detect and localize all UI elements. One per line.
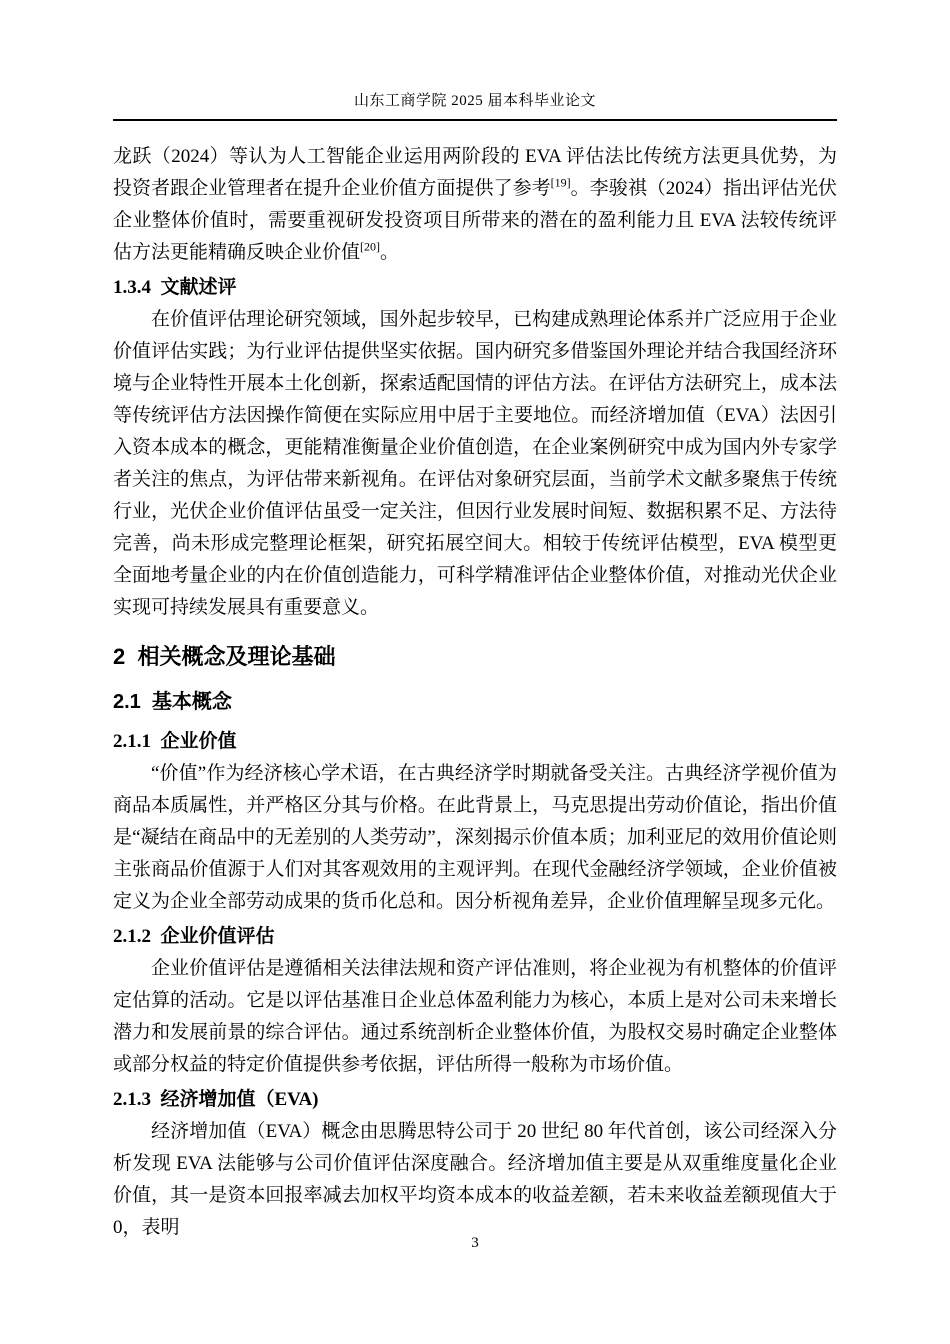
paragraph-text: 。 [380,242,399,263]
header-title: 山东工商学院 2025 届本科毕业论文 [113,92,837,110]
citation-ref-19: [19] [551,176,571,190]
document-body: 龙跃（2024）等认为人工智能企业运用两阶段的 EVA 评估法比传统方法更具优势… [113,141,837,1244]
heading-2-1-2-enterprise-valuation: 2.1.2 企业价值评估 [113,923,837,951]
paragraph-eva: 经济增加值（EVA）概念由思腾思特公司于 20 世纪 80 年代首创，该公司经深… [113,1116,837,1244]
paragraph-literature-intro: 龙跃（2024）等认为人工智能企业运用两阶段的 EVA 评估法比传统方法更具优势… [113,141,837,269]
page-header: 山东工商学院 2025 届本科毕业论文 [113,0,837,110]
heading-2-1-basic-concepts: 2.1 基本概念 [113,688,837,716]
paragraph-enterprise-value: “价值”作为经济核心学术语，在古典经济学时期就备受关注。古典经济学视价值为商品本… [113,758,837,918]
heading-1-3-4-literature-review: 1.3.4 文献述评 [113,274,837,302]
paragraph-enterprise-valuation: 企业价值评估是遵循相关法律法规和资产评估准则，将企业视为有机整体的价值评定估算的… [113,953,837,1081]
page-number: 3 [471,1235,479,1251]
document-page: 山东工商学院 2025 届本科毕业论文 龙跃（2024）等认为人工智能企业运用两… [0,0,950,1344]
paragraph-literature-review: 在价值评估理论研究领域，国外起步较早，已构建成熟理论体系并广泛应用于企业价值评估… [113,304,837,624]
header-rule [113,119,837,121]
heading-2-1-1-enterprise-value: 2.1.1 企业价值 [113,728,837,756]
heading-2-1-3-eva: 2.1.3 经济增加值（EVA) [113,1086,837,1114]
page-footer: 3 [0,1234,950,1252]
heading-chapter-2: 2 相关概念及理论基础 [113,642,837,672]
citation-ref-20: [20] [360,240,380,254]
